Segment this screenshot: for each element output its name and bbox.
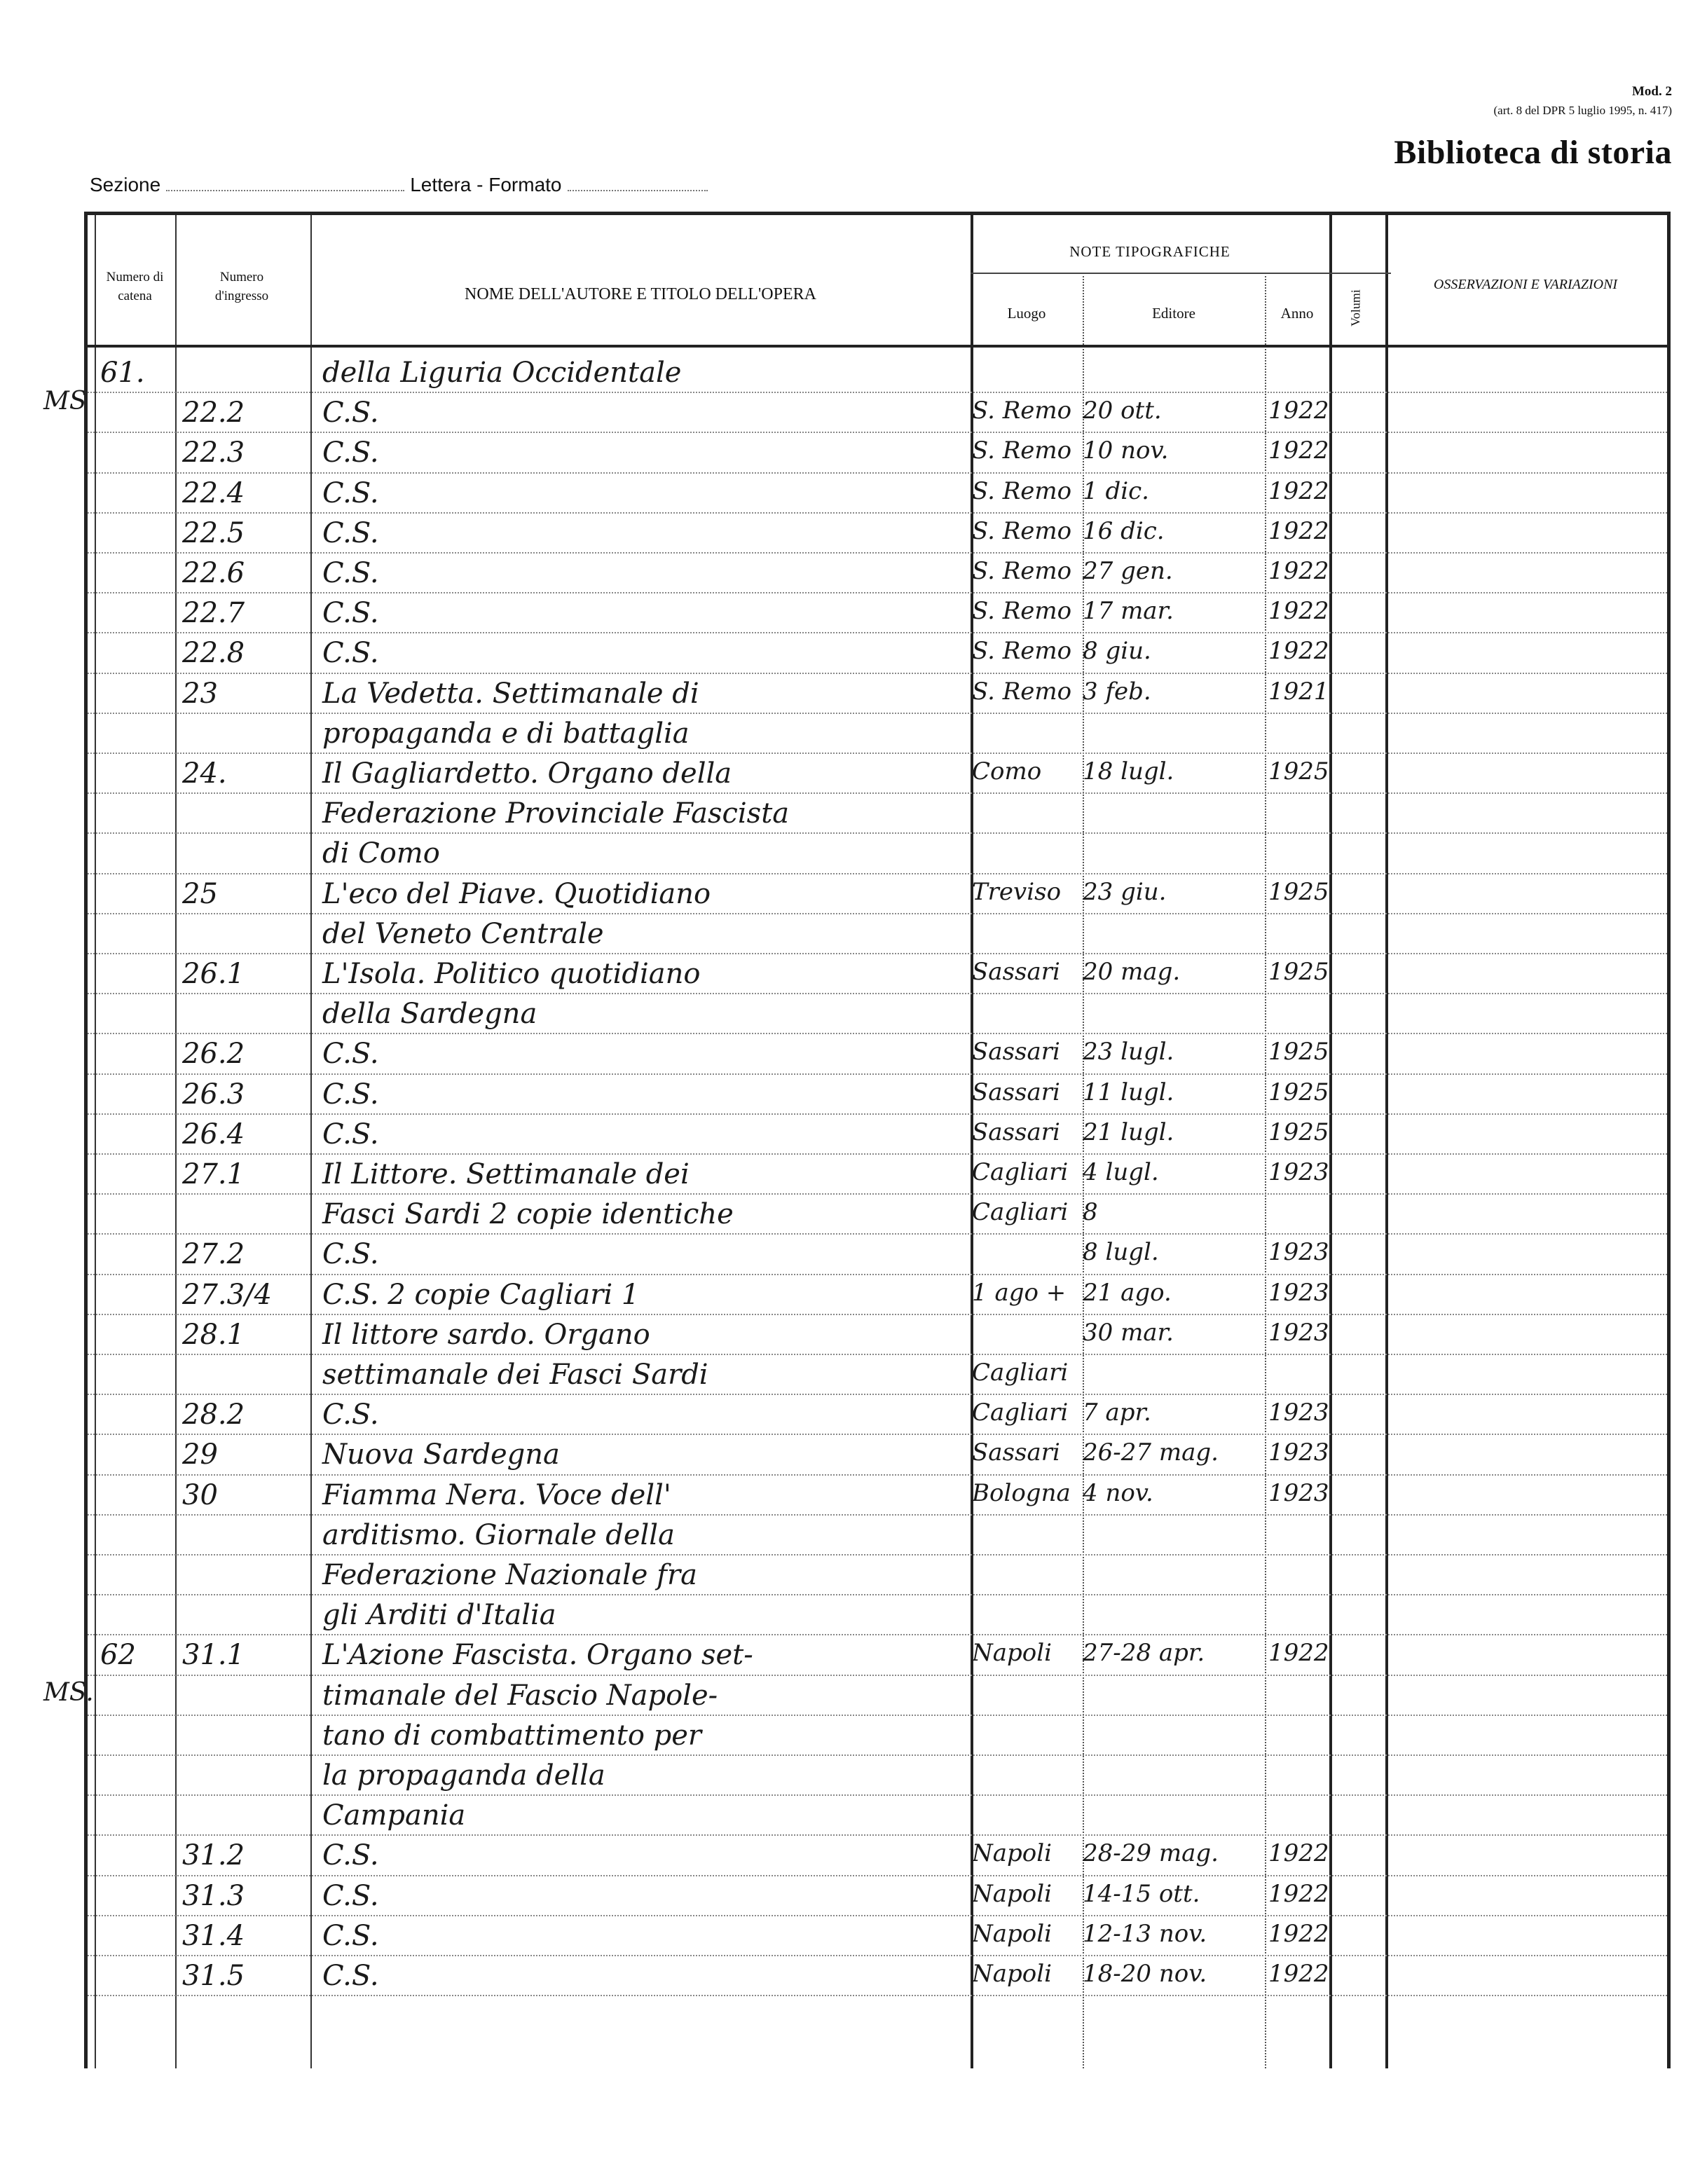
title-cell: C.S.: [322, 1240, 379, 1268]
title-cell: propaganda e di battaglia: [322, 720, 690, 748]
year-cell: 1922: [1268, 1922, 1329, 1946]
row-rule: [88, 1675, 1667, 1676]
title-cell: Campania: [322, 1801, 465, 1829]
header-chain-number: Numero di catena: [95, 268, 175, 305]
publisher-date-cell: 8 giu.: [1083, 639, 1151, 663]
entry-number-cell: 22.2: [182, 399, 245, 427]
title-cell: C.S.: [322, 1962, 379, 1990]
place-cell: S. Remo: [972, 479, 1071, 503]
legal-reference: (art. 8 del DPR 5 luglio 1995, n. 417): [1394, 104, 1672, 118]
row-rule: [88, 1915, 1667, 1916]
column-divider: [1265, 273, 1266, 2068]
title-cell: Il Gagliardetto. Organo della: [322, 760, 732, 788]
place-cell: Sassari: [972, 1040, 1060, 1064]
publisher-date-cell: 3 feb.: [1083, 680, 1151, 703]
entry-number-cell: 22.8: [182, 639, 245, 667]
header-volumes: Volumi: [1349, 273, 1364, 343]
title-cell: gli Arditi d'Italia: [322, 1601, 556, 1629]
row-rule: [88, 1554, 1667, 1555]
format-label: Lettera - Formato: [410, 174, 561, 196]
title-cell: C.S.: [322, 479, 379, 507]
place-cell: Napoli: [972, 1962, 1052, 1986]
register-table: Numero di catena Numero d'ingresso NOME …: [84, 212, 1671, 2068]
title-cell: della Liguria Occidentale: [322, 359, 681, 387]
entry-number-cell: 26.2: [182, 1040, 245, 1068]
place-cell: Napoli: [972, 1641, 1052, 1665]
entry-number-cell: 22.6: [182, 559, 245, 587]
row-rule: [88, 1995, 1667, 1996]
header-divider: [971, 273, 1391, 274]
year-cell: 1921: [1268, 680, 1329, 703]
row-rule: [88, 512, 1667, 514]
place-cell: Bologna: [972, 1481, 1071, 1505]
title-cell: C.S.: [322, 1401, 379, 1429]
year-cell: 1923: [1268, 1240, 1329, 1264]
entry-number-cell: 31.2: [182, 1841, 245, 1869]
publisher-date-cell: 4 lugl.: [1083, 1160, 1159, 1184]
form-fields: Sezione Lettera - Formato: [90, 174, 713, 196]
publisher-date-cell: 12-13 nov.: [1083, 1922, 1207, 1946]
place-cell: Sassari: [972, 1120, 1060, 1144]
publisher-date-cell: 10 nov.: [1083, 439, 1168, 462]
year-cell: 1923: [1268, 1321, 1329, 1345]
section-field[interactable]: [166, 188, 404, 191]
publisher-date-cell: 21 lugl.: [1083, 1120, 1174, 1144]
row-rule: [88, 632, 1667, 633]
entry-number-cell: 22.5: [182, 519, 245, 547]
row-rule: [88, 993, 1667, 994]
year-cell: 1922: [1268, 1882, 1329, 1906]
entry-number-cell: 31.5: [182, 1962, 245, 1990]
year-cell: 1922: [1268, 519, 1329, 543]
entry-number-cell: 29: [182, 1441, 218, 1469]
row-rule: [88, 1794, 1667, 1796]
row-rule: [88, 832, 1667, 834]
place-cell: Napoli: [972, 1882, 1052, 1906]
title-cell: C.S.: [322, 399, 379, 427]
header-divider: [88, 345, 1667, 348]
place-cell: S. Remo: [972, 399, 1071, 423]
model-code: Mod. 2: [1394, 84, 1672, 99]
row-rule: [88, 592, 1667, 593]
row-rule: [88, 1514, 1667, 1516]
row-rule: [88, 1153, 1667, 1155]
publisher-date-cell: 14-15 ott.: [1083, 1882, 1200, 1906]
title-cell: della Sardegna: [322, 1000, 537, 1028]
title-cell: C.S.: [322, 519, 379, 547]
margin-note-ms: MS: [43, 387, 87, 415]
row-rule: [88, 1834, 1667, 1836]
publisher-date-cell: 7 apr.: [1083, 1401, 1151, 1424]
title-cell: la propaganda della: [322, 1761, 605, 1790]
entry-number-cell: 31.3: [182, 1882, 245, 1910]
year-cell: 1925: [1268, 1080, 1329, 1104]
publisher-date-cell: 20 ott.: [1083, 399, 1162, 423]
title-cell: C.S.: [322, 1080, 379, 1108]
row-rule: [88, 792, 1667, 794]
title-cell: Federazione Provinciale Fascista: [322, 799, 789, 827]
border-line: [95, 215, 96, 2068]
row-rule: [88, 1754, 1667, 1756]
row-rule: [88, 753, 1667, 754]
year-cell: 1922: [1268, 439, 1329, 462]
row-rule: [88, 673, 1667, 674]
place-cell: S. Remo: [972, 559, 1071, 583]
header-place: Luogo: [971, 305, 1083, 322]
year-cell: 1925: [1268, 880, 1329, 904]
year-cell: 1925: [1268, 1120, 1329, 1144]
publisher-date-cell: 18-20 nov.: [1083, 1962, 1207, 1986]
row-rule: [88, 1193, 1667, 1195]
entry-number-cell: 27.2: [182, 1240, 245, 1268]
row-rule: [88, 1354, 1667, 1355]
title-cell: C.S.: [322, 1882, 379, 1910]
publisher-date-cell: 8 lugl.: [1083, 1240, 1159, 1264]
header-typographic-notes: NOTE TIPOGRAFICHE: [971, 243, 1329, 261]
header-publisher: Editore: [1083, 305, 1265, 322]
year-cell: 1923: [1268, 1401, 1329, 1424]
row-rule: [88, 1474, 1667, 1476]
row-rule: [88, 1875, 1667, 1876]
header-entry-number: Numero d'ingresso: [193, 268, 291, 305]
column-divider: [310, 215, 312, 2068]
place-cell: Napoli: [972, 1922, 1052, 1946]
entry-number-cell: 27.3/4: [182, 1281, 272, 1309]
entry-number-cell: 31.4: [182, 1922, 245, 1950]
publisher-date-cell: 20 mag.: [1083, 960, 1180, 984]
year-cell: 1922: [1268, 399, 1329, 423]
title-cell: L'eco del Piave. Quotidiano: [322, 880, 711, 908]
header-year: Anno: [1265, 305, 1329, 322]
title-cell: L'Isola. Politico quotidiano: [322, 960, 700, 988]
title-cell: La Vedetta. Settimanale di: [322, 680, 699, 708]
place-cell: Sassari: [972, 960, 1060, 984]
chain-number-cell: 62: [100, 1641, 136, 1669]
entry-number-cell: 27.1: [182, 1160, 245, 1188]
row-rule: [88, 1394, 1667, 1395]
row-rule: [88, 432, 1667, 433]
year-cell: 1925: [1268, 960, 1329, 984]
row-rule: [88, 392, 1667, 393]
title-cell: C.S.: [322, 559, 379, 587]
entry-number-cell: 23: [182, 680, 218, 708]
row-rule: [88, 713, 1667, 714]
publisher-date-cell: 8: [1083, 1200, 1098, 1224]
title-cell: C.S.: [322, 639, 379, 667]
title-cell: C.S.: [322, 1040, 379, 1068]
title-cell: C.S.: [322, 1922, 379, 1950]
column-divider: [1385, 215, 1388, 2068]
place-cell: S. Remo: [972, 439, 1071, 462]
place-cell: Cagliari: [972, 1361, 1068, 1385]
row-rule: [88, 1715, 1667, 1716]
place-cell: Cagliari: [972, 1160, 1068, 1184]
title-cell: Il littore sardo. Organo: [322, 1321, 650, 1349]
column-divider: [1329, 215, 1332, 2068]
title-cell: Il Littore. Settimanale dei: [322, 1160, 690, 1188]
year-cell: 1923: [1268, 1441, 1329, 1464]
year-cell: 1922: [1268, 1641, 1329, 1665]
entry-number-cell: 31.1: [182, 1641, 245, 1669]
year-cell: 1923: [1268, 1281, 1329, 1305]
place-cell: S. Remo: [972, 639, 1071, 663]
title-cell: arditismo. Giornale della: [322, 1521, 675, 1549]
year-cell: 1922: [1268, 559, 1329, 583]
title-cell: tano di combattimento per: [322, 1722, 701, 1750]
publisher-date-cell: 27-28 apr.: [1083, 1641, 1205, 1665]
library-title: Biblioteca di storia: [1394, 133, 1672, 172]
title-cell: C.S. 2 copie Cagliari 1: [322, 1281, 639, 1309]
form-header: Mod. 2 (art. 8 del DPR 5 luglio 1995, n.…: [1394, 84, 1672, 172]
entry-number-cell: 26.4: [182, 1120, 245, 1148]
year-cell: 1922: [1268, 479, 1329, 503]
title-cell: C.S.: [322, 1120, 379, 1148]
entry-number-cell: 26.3: [182, 1080, 245, 1108]
entry-number-cell: 28.2: [182, 1401, 245, 1429]
year-cell: 1923: [1268, 1160, 1329, 1184]
row-rule: [88, 1634, 1667, 1635]
year-cell: 1923: [1268, 1481, 1329, 1505]
year-cell: 1925: [1268, 760, 1329, 783]
section-label: Sezione: [90, 174, 160, 196]
place-cell: S. Remo: [972, 599, 1071, 623]
publisher-date-cell: 30 mar.: [1083, 1321, 1174, 1345]
column-divider: [175, 215, 177, 2068]
publisher-date-cell: 17 mar.: [1083, 599, 1174, 623]
title-cell: settimanale dei Fasci Sardi: [322, 1361, 708, 1389]
entry-number-cell: 22.7: [182, 599, 245, 627]
row-rule: [88, 1033, 1667, 1034]
title-cell: C.S.: [322, 1841, 379, 1869]
row-rule: [88, 953, 1667, 954]
publisher-date-cell: 4 nov.: [1083, 1481, 1153, 1505]
row-rule: [88, 1314, 1667, 1315]
entry-number-cell: 22.4: [182, 479, 245, 507]
row-rule: [88, 1434, 1667, 1435]
title-cell: del Veneto Centrale: [322, 920, 604, 948]
row-rule: [88, 873, 1667, 874]
publisher-date-cell: 21 ago.: [1083, 1281, 1172, 1305]
publisher-date-cell: 23 lugl.: [1083, 1040, 1174, 1064]
publisher-date-cell: 11 lugl.: [1083, 1080, 1174, 1104]
entry-number-cell: 26.1: [182, 960, 245, 988]
year-cell: 1922: [1268, 639, 1329, 663]
row-rule: [88, 1073, 1667, 1075]
row-rule: [88, 1113, 1667, 1115]
place-cell: Cagliari: [972, 1401, 1068, 1424]
publisher-date-cell: 27 gen.: [1083, 559, 1173, 583]
publisher-date-cell: 16 dic.: [1083, 519, 1165, 543]
entry-number-cell: 22.3: [182, 439, 245, 467]
place-cell: S. Remo: [972, 519, 1071, 543]
row-rule: [88, 1955, 1667, 1956]
place-cell: Treviso: [972, 880, 1061, 904]
title-cell: Fasci Sardi 2 copie identiche: [322, 1200, 734, 1228]
row-rule: [88, 472, 1667, 474]
place-cell: 1 ago +: [972, 1281, 1066, 1305]
title-cell: di Como: [322, 839, 440, 867]
title-cell: Fiamma Nera. Voce dell': [322, 1481, 671, 1509]
place-cell: S. Remo: [972, 680, 1071, 703]
row-rule: [88, 552, 1667, 554]
place-cell: Cagliari: [972, 1200, 1068, 1224]
publisher-date-cell: 26-27 mag.: [1083, 1441, 1219, 1464]
format-field[interactable]: [568, 188, 708, 191]
entry-number-cell: 24.: [182, 760, 227, 788]
header-author-title: NOME DELL'AUTORE E TITOLO DELL'OPERA: [310, 285, 971, 304]
header-observations: OSSERVAZIONI E VARIAZIONI: [1385, 277, 1666, 293]
title-cell: L'Azione Fascista. Organo set-: [322, 1641, 753, 1669]
title-cell: Federazione Nazionale fra: [322, 1561, 697, 1589]
place-cell: Como: [972, 760, 1041, 783]
row-rule: [88, 1274, 1667, 1275]
publisher-date-cell: 28-29 mag.: [1083, 1841, 1219, 1865]
title-cell: C.S.: [322, 599, 379, 627]
row-rule: [88, 1594, 1667, 1595]
row-rule: [88, 913, 1667, 914]
chain-number-cell: 61.: [100, 359, 145, 387]
year-cell: 1922: [1268, 1962, 1329, 1986]
title-cell: timanale del Fascio Napole-: [322, 1682, 718, 1710]
row-rule: [88, 1233, 1667, 1235]
entry-number-cell: 30: [182, 1481, 218, 1509]
title-cell: C.S.: [322, 439, 379, 467]
year-cell: 1922: [1268, 599, 1329, 623]
publisher-date-cell: 23 giu.: [1083, 880, 1166, 904]
entry-number-cell: 28.1: [182, 1321, 245, 1349]
place-cell: Sassari: [972, 1441, 1060, 1464]
year-cell: 1925: [1268, 1040, 1329, 1064]
title-cell: Nuova Sardegna: [322, 1441, 560, 1469]
year-cell: 1922: [1268, 1841, 1329, 1865]
entry-number-cell: 25: [182, 880, 218, 908]
place-cell: Sassari: [972, 1080, 1060, 1104]
publisher-date-cell: 18 lugl.: [1083, 760, 1174, 783]
place-cell: Napoli: [972, 1841, 1052, 1865]
publisher-date-cell: 1 dic.: [1083, 479, 1149, 503]
